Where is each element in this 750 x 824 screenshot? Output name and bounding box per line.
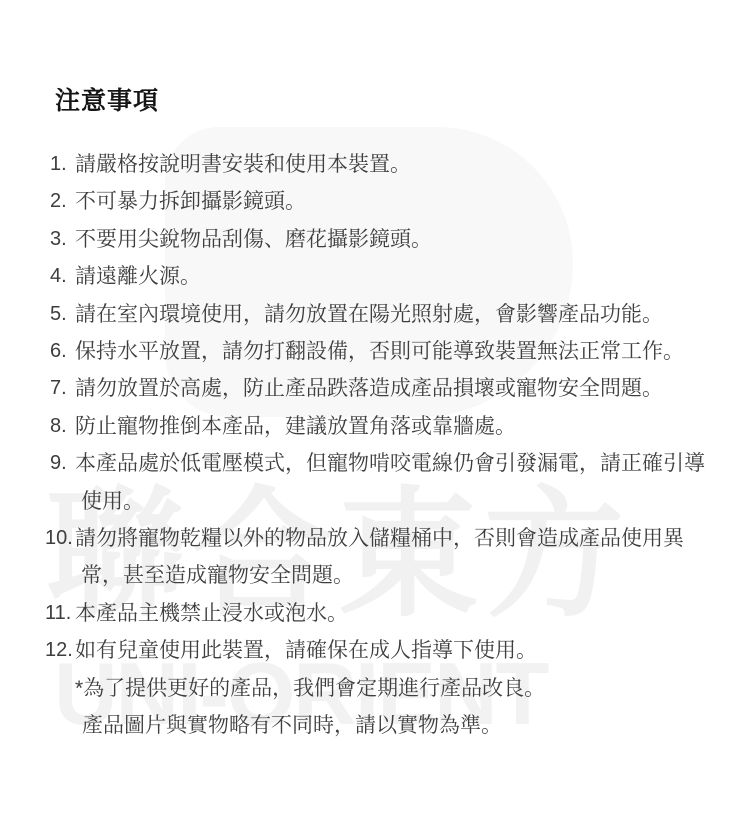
item-text-line: 本產品處於低電壓模式，但寵物啃咬電線仍會引發漏電，請正確引導 bbox=[75, 445, 717, 482]
item-number: 2. bbox=[45, 183, 75, 220]
item-text: 本產品主機禁止浸水或泡水。 bbox=[75, 595, 717, 632]
item-text: 保持水平放置，請勿打翻設備，否則可能導致裝置無法正常工作。 bbox=[75, 333, 717, 370]
item-text-line: 使用。 bbox=[75, 483, 717, 520]
item-text-line: 本產品主機禁止浸水或泡水。 bbox=[75, 595, 717, 632]
item-number: 3. bbox=[45, 221, 75, 258]
item-text-line: 如有兒童使用此裝置，請確保在成人指導下使用。 bbox=[75, 632, 717, 669]
list-item: 2.不可暴力拆卸攝影鏡頭。 bbox=[45, 183, 717, 220]
item-text-line: 請勿放置於高處，防止產品跌落造成產品損壞或寵物安全問題。 bbox=[75, 370, 717, 407]
item-number: 5. bbox=[45, 296, 75, 333]
precautions-list: 1.請嚴格按說明書安裝和使用本裝置。2.不可暴力拆卸攝影鏡頭。3.不要用尖銳物品… bbox=[45, 146, 717, 745]
list-item: 10.請勿將寵物乾糧以外的物品放入儲糧桶中，否則會造成產品使用異常，甚至造成寵物… bbox=[45, 520, 717, 595]
item-text: 不可暴力拆卸攝影鏡頭。 bbox=[75, 183, 717, 220]
list-item: 5.請在室內環境使用，請勿放置在陽光照射處，會影響產品功能。 bbox=[45, 296, 717, 333]
item-text: 請在室內環境使用，請勿放置在陽光照射處，會影響產品功能。 bbox=[75, 296, 717, 333]
list-item: 7.請勿放置於高處，防止產品跌落造成產品損壞或寵物安全問題。 bbox=[45, 370, 717, 407]
item-text: 請勿將寵物乾糧以外的物品放入儲糧桶中，否則會造成產品使用異常，甚至造成寵物安全問… bbox=[75, 520, 717, 595]
item-number: 11. bbox=[45, 595, 75, 632]
footnotes: *為了提供更好的產品，我們會定期進行產品改良。產品圖片與實物略有不同時，請以實物… bbox=[45, 670, 717, 745]
item-text-line: 不要用尖銳物品刮傷、磨花攝影鏡頭。 bbox=[75, 221, 717, 258]
item-text-line: 不可暴力拆卸攝影鏡頭。 bbox=[75, 183, 717, 220]
item-number: 9. bbox=[45, 445, 75, 520]
item-number: 1. bbox=[45, 146, 75, 183]
item-text-line: 請嚴格按說明書安裝和使用本裝置。 bbox=[75, 146, 717, 183]
item-text-line: 請在室內環境使用，請勿放置在陽光照射處，會影響產品功能。 bbox=[75, 296, 717, 333]
item-text-line: 請勿將寵物乾糧以外的物品放入儲糧桶中，否則會造成產品使用異 bbox=[75, 520, 717, 557]
item-text-line: 請遠離火源。 bbox=[75, 258, 717, 295]
item-text: 本產品處於低電壓模式，但寵物啃咬電線仍會引發漏電，請正確引導使用。 bbox=[75, 445, 717, 520]
list-items: 1.請嚴格按說明書安裝和使用本裝置。2.不可暴力拆卸攝影鏡頭。3.不要用尖銳物品… bbox=[45, 146, 717, 670]
list-item: 11.本產品主機禁止浸水或泡水。 bbox=[45, 595, 717, 632]
list-item: 4.請遠離火源。 bbox=[45, 258, 717, 295]
list-item: 9.本產品處於低電壓模式，但寵物啃咬電線仍會引發漏電，請正確引導使用。 bbox=[45, 445, 717, 520]
item-number: 10. bbox=[45, 520, 75, 595]
item-text: 請嚴格按說明書安裝和使用本裝置。 bbox=[75, 146, 717, 183]
item-text-line: 防止寵物推倒本產品，建議放置角落或靠牆處。 bbox=[75, 408, 717, 445]
item-text: 不要用尖銳物品刮傷、磨花攝影鏡頭。 bbox=[75, 221, 717, 258]
item-text: 如有兒童使用此裝置，請確保在成人指導下使用。 bbox=[75, 632, 717, 669]
item-text: 防止寵物推倒本產品，建議放置角落或靠牆處。 bbox=[75, 408, 717, 445]
item-number: 12. bbox=[45, 632, 75, 669]
page-title: 注意事項 bbox=[55, 88, 159, 114]
item-text: 請遠離火源。 bbox=[75, 258, 717, 295]
footnote-line: *為了提供更好的產品，我們會定期進行產品改良。 bbox=[75, 670, 717, 707]
item-number: 4. bbox=[45, 258, 75, 295]
item-text: 請勿放置於高處，防止產品跌落造成產品損壞或寵物安全問題。 bbox=[75, 370, 717, 407]
footnote-line: 產品圖片與實物略有不同時，請以實物為準。 bbox=[75, 707, 717, 744]
item-number: 7. bbox=[45, 370, 75, 407]
list-item: 1.請嚴格按說明書安裝和使用本裝置。 bbox=[45, 146, 717, 183]
list-item: 6.保持水平放置，請勿打翻設備，否則可能導致裝置無法正常工作。 bbox=[45, 333, 717, 370]
item-text-line: 保持水平放置，請勿打翻設備，否則可能導致裝置無法正常工作。 bbox=[75, 333, 717, 370]
item-number: 6. bbox=[45, 333, 75, 370]
manual-page: 聯合東方 UNI-ORIENT 注意事項 1.請嚴格按說明書安裝和使用本裝置。2… bbox=[0, 0, 750, 824]
list-item: 8.防止寵物推倒本產品，建議放置角落或靠牆處。 bbox=[45, 408, 717, 445]
list-item: 12.如有兒童使用此裝置，請確保在成人指導下使用。 bbox=[45, 632, 717, 669]
item-number: 8. bbox=[45, 408, 75, 445]
list-item: 3.不要用尖銳物品刮傷、磨花攝影鏡頭。 bbox=[45, 221, 717, 258]
item-text-line: 常，甚至造成寵物安全問題。 bbox=[75, 557, 717, 594]
